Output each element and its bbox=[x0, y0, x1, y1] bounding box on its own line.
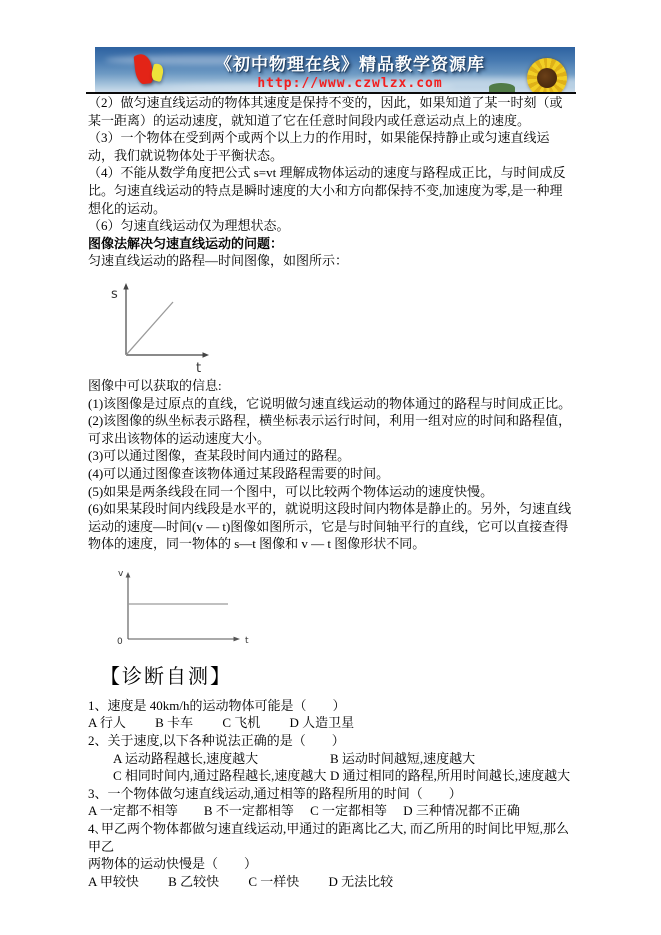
info-title: 图像中可以获取的信息: bbox=[88, 377, 575, 395]
quiz-section-title: 【诊断自测】 bbox=[100, 664, 575, 690]
info-item-2: (2)该图像的纵坐标表示路程，横坐标表示运行时间，利用一组对应的时间和路程值，可… bbox=[88, 412, 575, 447]
site-logo-icon bbox=[131, 52, 171, 88]
y-axis-label: v bbox=[118, 569, 124, 579]
sunflower-icon bbox=[527, 58, 567, 92]
y-axis-label: s bbox=[111, 287, 118, 302]
note-paragraph-4: （4）不能从数学角度把公式 s=vt 理解成物体运动的速度与路程成正比，与时间成… bbox=[88, 164, 575, 217]
question-4-line2: 两物体的运动快慢是（ ） bbox=[88, 855, 575, 873]
y-axis-arrow-icon bbox=[126, 572, 131, 578]
flame-icon bbox=[133, 53, 153, 85]
question-2: 2、关于速度,以下各种说法正确的是（ ） bbox=[88, 732, 575, 750]
option-b: B 运动时间越短,速度越大 bbox=[330, 751, 475, 766]
document-content: （2）做匀速直线运动的物体其速度是保持不变的，因此，如果知道了某一时刻（或某一距… bbox=[88, 94, 575, 890]
note-paragraph-3: （3）一个物体在受到两个或两个以上力的作用时，如果能保持静止或匀速直线运动，我们… bbox=[88, 129, 575, 164]
info-item-4: (4)可以通过图像查该物体通过某段路程需要的时间。 bbox=[88, 465, 575, 483]
origin-label: 0 bbox=[117, 637, 123, 647]
banner-url: http://www.czwlzx.com bbox=[205, 76, 495, 91]
section-heading-graph-method: 图像法解决匀速直线运动的问题： bbox=[88, 235, 575, 253]
option-a: A 运动路程越长,速度越大 bbox=[113, 750, 330, 768]
x-axis-arrow-icon bbox=[203, 352, 210, 357]
option-c: C 相同时间内,通过路程越长,速度越大 bbox=[113, 767, 330, 785]
banner-title: 《初中物理在线》精品教学资源库 bbox=[205, 50, 495, 75]
question-1-options: A 行人 B 卡车 C 飞机 D 人造卫星 bbox=[88, 714, 575, 732]
info-item-6: (6)如果某段时间内线段是水平的，就说明这段时间内物体是静止的。另外，匀速直线运… bbox=[88, 500, 575, 553]
banner-text: 《初中物理在线》精品教学资源库 http://www.czwlzx.com bbox=[205, 50, 495, 91]
question-2-options-row1: A 运动路程越长,速度越大B 运动时间越短,速度越大 bbox=[88, 750, 575, 768]
info-item-5: (5)如果是两条线段在同一个图中，可以比较两个物体运动的速度快慢。 bbox=[88, 483, 575, 501]
x-axis-label: t bbox=[196, 361, 201, 375]
option-d: D 通过相同的路程,所用时间越长,速度越大 bbox=[330, 768, 570, 783]
note-paragraph-2: （2）做匀速直线运动的物体其速度是保持不变的，因此，如果知道了某一时刻（或某一距… bbox=[88, 94, 575, 129]
question-4-line1: 4､甲乙两个物体都做匀速直线运动,甲通过的距离比乙大, 而乙所用的时间比甲短,那… bbox=[88, 820, 575, 855]
question-3-options: A 一定都不相等 B 不一定都相等 C 一定都相等 D 三种情况都不正确 bbox=[88, 802, 575, 820]
question-1: 1、速度是 40km/h的运动物体可能是（ ） bbox=[88, 697, 575, 715]
question-2-options-row2: C 相同时间内,通过路程越长,速度越大D 通过相同的路程,所用时间越长,速度越大 bbox=[88, 767, 575, 785]
info-item-3: (3)可以通过图像，查某段时间内通过的路程。 bbox=[88, 447, 575, 465]
question-4-options: A 甲较快 B 乙较快 C 一样快 D 无法比较 bbox=[88, 873, 575, 891]
x-axis-arrow-icon bbox=[234, 636, 241, 641]
site-banner: 《初中物理在线》精品教学资源库 http://www.czwlzx.com bbox=[95, 47, 575, 92]
y-axis-arrow-icon bbox=[123, 283, 128, 290]
info-item-1: (1)该图像是过原点的直线，它说明做匀速直线运动的物体通过的路程与时间成正比。 bbox=[88, 395, 575, 413]
grass-icon bbox=[489, 83, 515, 92]
note-paragraph-6: （6）匀速直线运动仅为理想状态。 bbox=[88, 217, 575, 235]
vt-graph-figure: v 0 t bbox=[98, 563, 258, 651]
st-graph-figure: s t bbox=[98, 275, 223, 375]
st-data-line bbox=[126, 302, 173, 355]
x-axis-label: t bbox=[245, 636, 249, 646]
flame-icon bbox=[150, 63, 165, 82]
document-page: 《初中物理在线》精品教学资源库 http://www.czwlzx.com （2… bbox=[0, 0, 661, 935]
question-3: 3、一个物体做匀速直线运动,通过相等的路程所用的时间（ ） bbox=[88, 785, 575, 803]
st-graph-intro: 匀速直线运动的路程—时间图像，如图所示： bbox=[88, 252, 575, 270]
